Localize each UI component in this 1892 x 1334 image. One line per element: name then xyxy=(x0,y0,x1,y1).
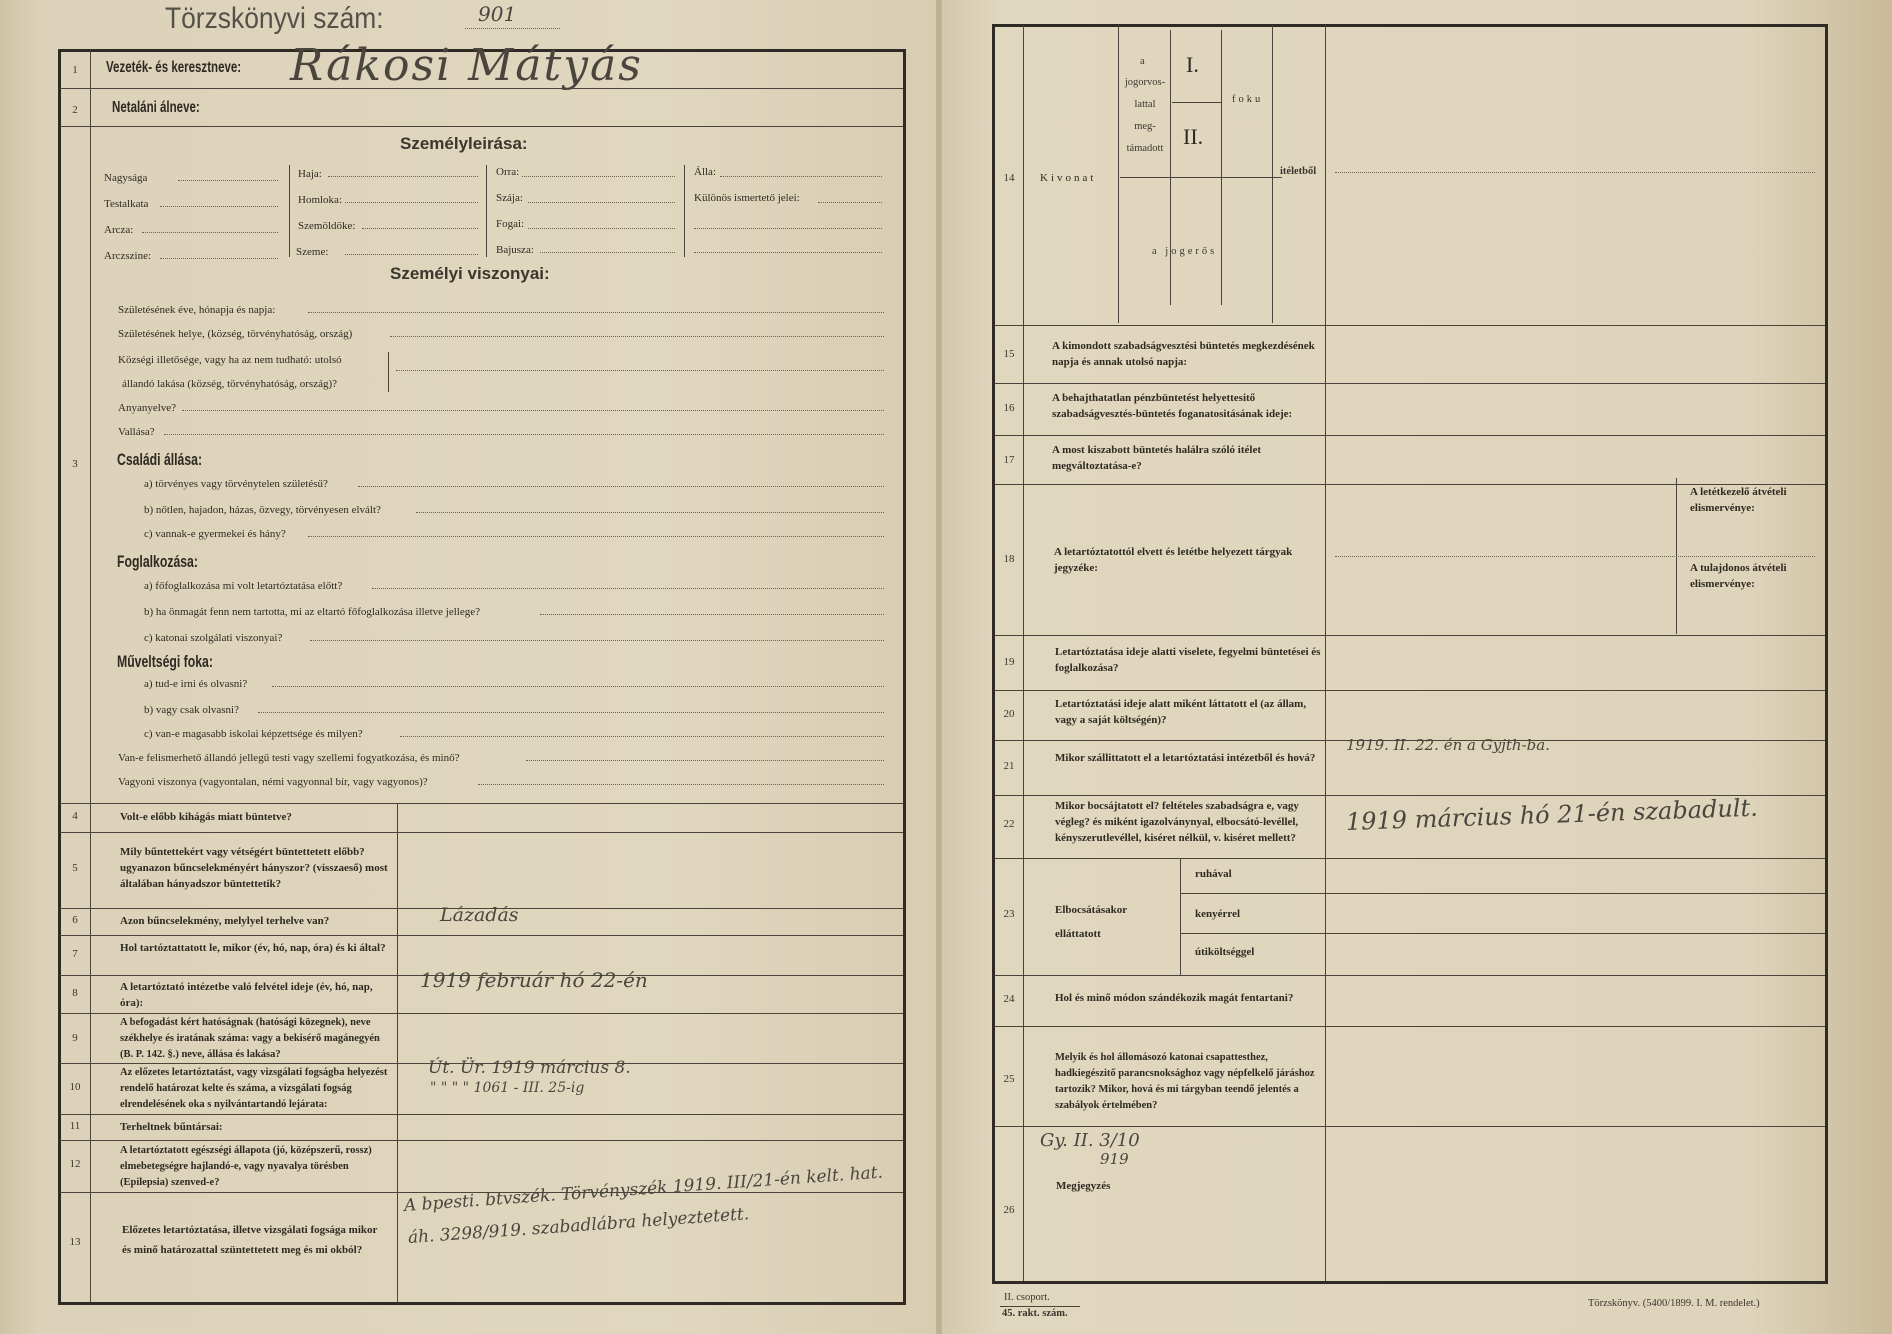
build-label: Testalkata xyxy=(104,196,148,212)
detention-order-value-2[interactable]: " " " " 1061 - III. 25-ig xyxy=(430,1080,584,1096)
health-label: A letartóztatott egészségi állapota (jó,… xyxy=(120,1143,390,1191)
row-divider xyxy=(60,832,903,833)
row-number: 19 xyxy=(994,656,1024,668)
birth-place-label: Születésének helye, (község, törvényható… xyxy=(118,326,352,342)
arrest-details-label: Hol tartóztattatott le, mikor (év, hó, n… xyxy=(120,940,390,956)
conduct-label: Letartóztatása ideje alatti viselete, fe… xyxy=(1055,644,1325,676)
distinguishing-marks-label: Különös ismertető jelei: xyxy=(694,190,800,206)
row-number: 8 xyxy=(60,987,90,999)
occupation-b-label: b) ha önmagát fenn nem tartotta, mi az e… xyxy=(144,604,480,620)
transfer-label: Mikor szállittatott el a letartóztatási … xyxy=(1055,750,1325,766)
final-judgment-label: a jogerős xyxy=(1152,246,1217,257)
military-unit-label: Melyik és hol állomásozó katonai csapatt… xyxy=(1055,1050,1325,1114)
register-number-label: Törzskönyvi szám: xyxy=(165,2,384,36)
first-instance-label: I. xyxy=(1186,52,1199,78)
eyebrows-label: Szemöldöke: xyxy=(298,218,355,234)
bread-label: kenyérrel xyxy=(1195,906,1240,922)
column-divider xyxy=(289,165,290,257)
column-divider xyxy=(486,165,487,257)
chin-label: Álla: xyxy=(694,164,716,180)
hair-label: Haja: xyxy=(298,166,322,182)
surname-label: Vezeték- és keresztneve: xyxy=(106,58,241,77)
row-number: 12 xyxy=(60,1158,90,1170)
extract-label: Kivonat xyxy=(1040,170,1096,186)
row-number: 23 xyxy=(994,908,1024,920)
row-number: 25 xyxy=(994,1073,1024,1085)
residence-label-1: Községi illetősége, vagy ha az nem tudha… xyxy=(118,352,342,368)
row-divider xyxy=(60,935,903,936)
teeth-label: Fogai: xyxy=(496,216,524,232)
release-from-detention-label: Előzetes letartóztatása, illetve vizsgál… xyxy=(122,1220,387,1260)
footer-form-reference: Törzskönyv. (5400/1899. I. M. rendelet.) xyxy=(1588,1298,1760,1309)
prior-crimes-label: Mily bűntettekért vagy vétségért büntett… xyxy=(120,844,390,892)
row-number: 18 xyxy=(994,553,1024,565)
answer-column-divider xyxy=(1325,25,1326,1281)
wealth-label: Vagyoni viszonya (vagyontalan, némi vagy… xyxy=(118,774,428,790)
mother-tongue-label: Anyanyelve? xyxy=(118,400,176,416)
row-number: 1 xyxy=(60,64,90,76)
disability-label: Van-e felismerhető állandó jellegű testi… xyxy=(118,750,460,766)
fine-substitution-label: A behajthatatlan pénzbüntetést helyettes… xyxy=(1052,390,1322,422)
alias-label: Netaláni álneve: xyxy=(112,98,200,117)
charged-offense-label: Azon bűncselekmény, melylyel terhelve va… xyxy=(120,913,390,929)
education-c-label: c) van-e magasabb iskolai képzettsége és… xyxy=(144,726,363,742)
note-value-1[interactable]: Gy. II. 3/10 xyxy=(1040,1130,1140,1151)
education-heading: Műveltségi foka: xyxy=(117,652,213,671)
row-number: 14 xyxy=(994,172,1024,184)
face-label: Arcza: xyxy=(104,222,133,238)
occupation-heading: Foglalkozása: xyxy=(117,552,198,571)
row-number: 26 xyxy=(994,1204,1024,1216)
birth-date-label: Születésének éve, hónapja és napja: xyxy=(118,302,275,318)
row-number: 17 xyxy=(994,454,1024,466)
clothing-label: ruhával xyxy=(1195,866,1232,882)
register-number-value: 901 xyxy=(478,2,516,26)
attacked-label: meg-támadott xyxy=(1122,116,1168,160)
row-number: 11 xyxy=(60,1120,90,1132)
book-gutter xyxy=(936,0,942,1334)
maintenance-label: Letartóztatási ideje alatt miként láttat… xyxy=(1055,696,1325,728)
row-number: 16 xyxy=(994,402,1024,414)
row-divider xyxy=(60,1013,903,1014)
row-number: 4 xyxy=(60,810,90,822)
row-number: 22 xyxy=(994,818,1024,830)
row-number: 20 xyxy=(994,708,1024,720)
family-c-label: c) vannak-e gyermekei és hány? xyxy=(144,526,286,542)
column-divider xyxy=(684,165,685,257)
row-number: 3 xyxy=(60,458,90,470)
row-divider xyxy=(60,1114,903,1115)
row-divider xyxy=(994,325,1825,326)
owner-receipt-label: A tulajdonos átvételi elismervénye: xyxy=(1690,560,1820,592)
complexion-label: Arczszine: xyxy=(104,248,151,264)
surname-value[interactable]: Rákosi Mátyás xyxy=(290,40,643,91)
admission-date-label: A letartóztató intézetbe való felvétel i… xyxy=(120,979,390,1011)
deposited-items-label: A letartóztatottól elvett és letétbe hel… xyxy=(1054,544,1324,576)
release-label: Mikor bocsájtatott el? feltételes szabad… xyxy=(1055,798,1325,846)
brace xyxy=(388,352,389,392)
family-a-label: a) törvényes vagy törvénytelen születésű… xyxy=(144,476,328,492)
height-label: Nagysága xyxy=(104,170,147,186)
eyes-label: Szeme: xyxy=(296,244,328,260)
charged-offense-value[interactable]: Lázadás xyxy=(440,904,519,926)
remarks-label: Megjegyzés xyxy=(1056,1178,1110,1194)
forehead-label: Homloka: xyxy=(298,192,342,208)
travel-costs-label: útiköltséggel xyxy=(1195,944,1254,960)
row14-a: a xyxy=(1140,56,1145,67)
education-a-label: a) tud-e irni és olvasni? xyxy=(144,676,247,692)
row-divider xyxy=(60,1140,903,1141)
appeal-label: jogorvos-lattal xyxy=(1122,72,1168,116)
row-number: 6 xyxy=(60,914,90,926)
occupation-c-label: c) katonai szolgálati viszonyai? xyxy=(144,630,282,646)
number-column-divider xyxy=(1023,25,1024,1281)
row-number: 10 xyxy=(60,1081,90,1093)
description-heading: Személyleirása: xyxy=(400,134,528,154)
admission-date-value[interactable]: 1919 február hó 22-én xyxy=(420,968,648,992)
family-b-label: b) nőtlen, hajadon, házas, özvegy, törvé… xyxy=(144,502,381,518)
committing-authority-label: A befogadást kért hatóságnak (hatósági k… xyxy=(120,1015,395,1063)
family-heading: Családi állása: xyxy=(117,450,202,469)
personal-heading: Személyi viszonyai: xyxy=(390,264,550,284)
second-instance-label: II. xyxy=(1183,124,1203,150)
row-number: 24 xyxy=(994,993,1024,1005)
accomplices-label: Terheltnek bűntársai: xyxy=(120,1119,390,1135)
mouth-label: Szája: xyxy=(496,190,523,206)
row-divider xyxy=(60,803,903,804)
nose-label: Orra: xyxy=(496,164,519,180)
moustache-label: Bajusza: xyxy=(496,242,534,258)
death-sentence-commutation-label: A most kiszabott büntetés halálra szóló … xyxy=(1052,442,1322,474)
sentence-start-label: A kimondott szabadságvesztési büntetés m… xyxy=(1052,338,1322,370)
register-number-line xyxy=(465,28,560,29)
row-number: 5 xyxy=(60,862,90,874)
row-number: 7 xyxy=(60,948,90,960)
row-number: 15 xyxy=(994,348,1024,360)
row-number: 2 xyxy=(60,104,90,116)
detention-order-label: Az előzetes letartóztatást, vagy vizsgál… xyxy=(120,1065,395,1113)
degree-label: foku xyxy=(1232,94,1263,105)
detention-order-value-1[interactable]: Út. Ür. 1919 március 8. xyxy=(428,1058,631,1078)
prior-offense-label: Volt-e előbb kihágás miatt büntetve? xyxy=(120,809,390,825)
answer-column-divider xyxy=(397,803,398,1303)
row-divider xyxy=(60,126,903,127)
livelihood-label: Hol és minő módon szándékozik magát fent… xyxy=(1055,990,1325,1006)
education-b-label: b) vagy csak olvasni? xyxy=(144,702,239,718)
row-number: 9 xyxy=(60,1032,90,1044)
occupation-a-label: a) főfoglalkozása mi volt letartóztatása… xyxy=(144,578,342,594)
note-value-2[interactable]: 919 xyxy=(1100,1150,1129,1168)
row-number: 21 xyxy=(994,760,1024,772)
residence-label-2: állandó lakása (község, törvényhatóság, … xyxy=(122,376,337,392)
row-divider xyxy=(60,88,903,89)
supplies-label: Elbocsátásakor elláttatott xyxy=(1055,898,1175,946)
footer-storage-number: 45. rakt. szám. xyxy=(1002,1308,1068,1319)
depositor-receipt-label: A letétkezelő átvételi elismervénye: xyxy=(1690,484,1820,516)
row-number: 13 xyxy=(60,1236,90,1248)
transfer-value[interactable]: 1919. II. 22. én a Gyjth-ba. xyxy=(1346,736,1550,754)
footer-group: II. csoport. xyxy=(1004,1292,1050,1303)
judgment-label: itéletből xyxy=(1280,166,1316,177)
religion-label: Vallása? xyxy=(118,424,155,440)
